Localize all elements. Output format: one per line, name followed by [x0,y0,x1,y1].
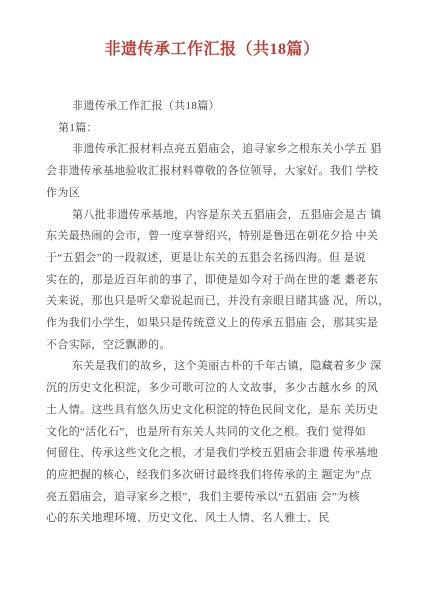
section-label: 第1篇： [46,118,378,140]
text-line: 沉的历史文化积淀，多少可歌可泣的人文故事，多少古越水乡 的风 [46,378,378,400]
body-heading: 非遗传承工作汇报（共18篇） [46,96,378,118]
text-line: 作为我们小学生，如果只是传统意义上的传承五猖庙 会，那其实是 [46,313,378,335]
text-line: 土人情。这些具有悠久历史文化积淀的特色民间文化，是东 关历史 [46,400,378,422]
text-line: 何留住、传承这些文化之根，才是我们学校五猖庙会非遗 传承基地 [46,443,378,465]
text-line: 关来说，那也只是听父辈说起而已，并没有亲眼目睹其盛 况，所以， [46,291,378,313]
paragraphs: 非遗传承汇报材料点亮五猖庙会，追寻家乡之根东关小学五 猖会非遗传承基地验收汇报材… [46,139,378,530]
document-page: 非遗传承工作汇报（共18篇） 非遗传承工作汇报（共18篇） 第1篇： 非遗传承汇… [0,0,424,600]
text-line: 东关是我们的故乡，这个美丽古朴的千年古镇，隐藏着多少 深 [46,356,378,378]
text-line: 心的东关地理环境、历史文化、风土人情、名人雅士、民 [46,508,378,530]
text-line: 东关最热闹的会市，曾一度享誉绍兴，特别是鲁迅在朝花夕拾 中关 [46,226,378,248]
text-line: 亮五猖庙会，追寻家乡之根”，我们主要传承以“五猖庙 会”为核 [46,487,378,509]
document-title: 非遗传承工作汇报（共18篇） [0,36,424,59]
text-line: 作为区 [46,183,378,205]
text-line: 于“五猖会”的一段叙述，更是让东关的五猖会名扬四海。但 是说 [46,248,378,270]
text-line: 会非遗传承基地验收汇报材料尊敬的各位领导，大家好。我们 学校 [46,161,378,183]
text-line: 文化的“活化石”，也是所有东关人共同的文化之根。我们 觉得如 [46,422,378,444]
text-line: 非遗传承汇报材料点亮五猖庙会，追寻家乡之根东关小学五 猖 [46,139,378,161]
text-line: 的应把握的核心，经我们多次研讨最终我们将传承的主 题定为"点 [46,465,378,487]
text-line: 不合实际，空泛飘渺的。 [46,335,378,357]
document-body: 非遗传承工作汇报（共18篇） 第1篇： 非遗传承汇报材料点亮五猖庙会，追寻家乡之… [46,96,378,530]
text-line: 第八批非遗传承基地，内容是东关五猖庙会，五猖庙会是古 镇 [46,205,378,227]
text-line: 实在的，那是近百年前的事了，即使是如今对于尚在世的耄 耋老东 [46,270,378,292]
